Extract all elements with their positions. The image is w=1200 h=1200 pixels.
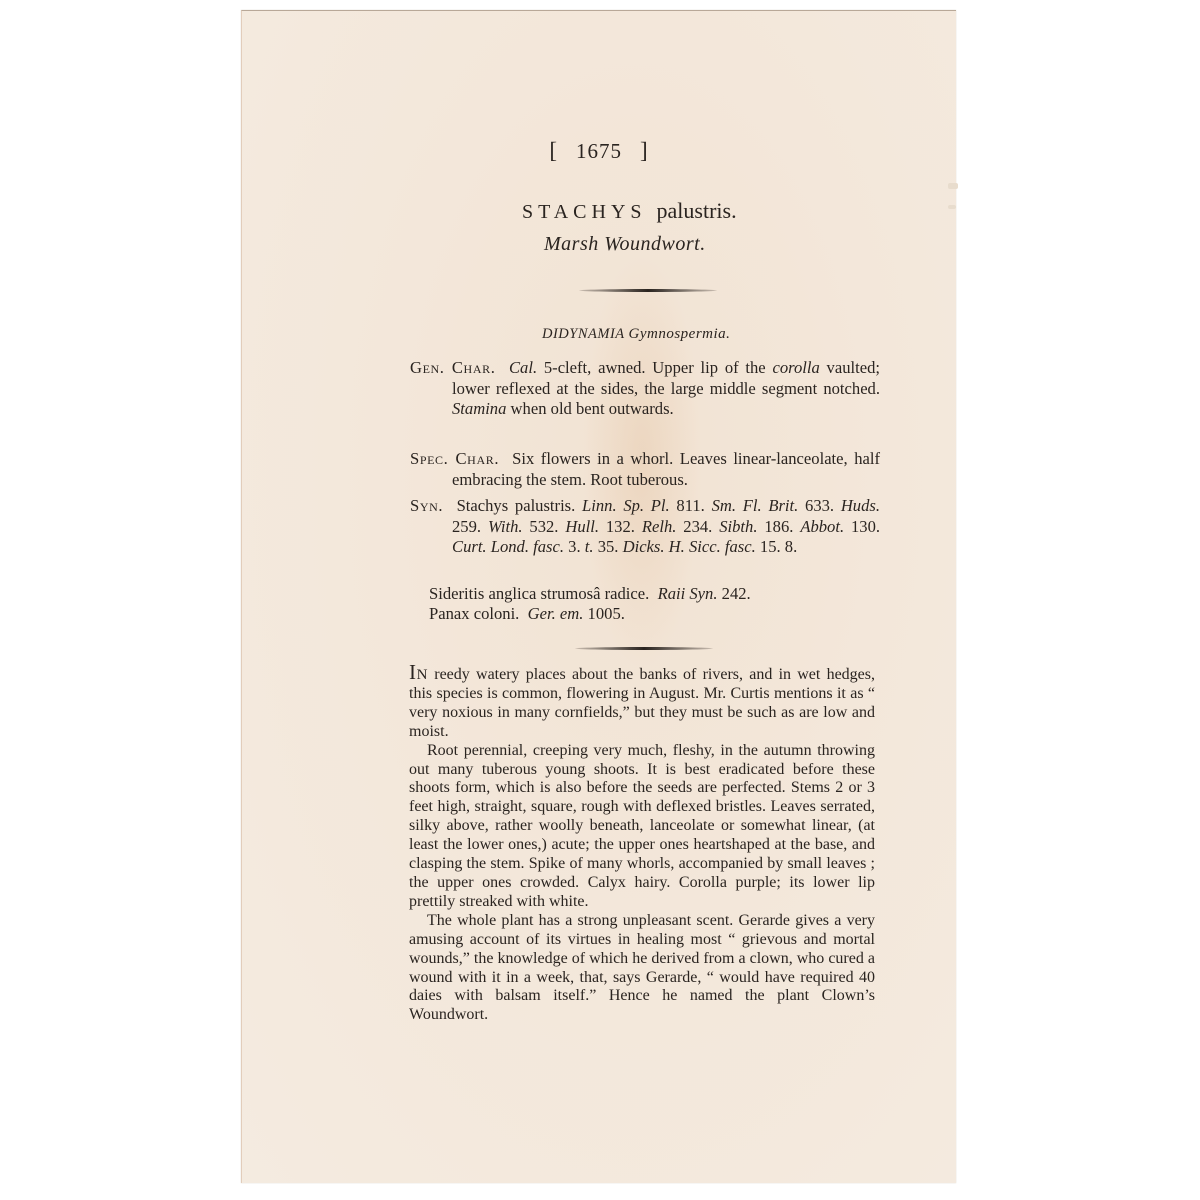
- citation-text: 3.: [564, 537, 585, 556]
- page-title: STACHYSpalustris.: [522, 198, 737, 224]
- sideritis-name: Sideritis anglica strumosâ radice.: [429, 584, 649, 603]
- citation-text: 15. 8.: [756, 537, 797, 556]
- gen-char-label: Gen. Char.: [410, 358, 495, 377]
- citation-text: Stachys palustris.: [457, 496, 582, 515]
- panax-name: Panax coloni.: [429, 604, 519, 623]
- drop-cap: In: [409, 660, 428, 684]
- paragraph-description: Root perennial, creeping very much, fles…: [409, 742, 875, 912]
- sideritis-ref: Raii Syn.: [658, 584, 718, 603]
- panax-ref: Ger. em.: [528, 604, 584, 623]
- ornamental-rule: [579, 289, 717, 292]
- citation-italic: With.: [488, 517, 523, 536]
- synonyms: Syn. Stachys palustris. Linn. Sp. Pl. 81…: [410, 496, 880, 558]
- citation-italic: Sibth.: [719, 517, 757, 536]
- panax-num: 1005.: [588, 604, 625, 623]
- genus-name: STACHYS: [522, 201, 647, 223]
- citation-italic: Dicks. H. Sicc. fasc.: [623, 537, 756, 556]
- citation-text: 532.: [523, 517, 566, 536]
- description-body: In reedy watery places about the banks o…: [409, 663, 875, 1025]
- generic-character: Gen. Char. Cal. 5-cleft, awned. Upper li…: [410, 358, 880, 420]
- bracket-close: ]: [640, 138, 649, 164]
- paragraph-text: reedy watery places about the banks of r…: [409, 666, 875, 740]
- specific-character: Spec. Char. Six flowers in a whorl. Leav…: [410, 449, 880, 490]
- species-name: palustris.: [657, 198, 737, 223]
- citation-italic: Cal.: [509, 358, 537, 377]
- citation-text: 186.: [757, 517, 800, 536]
- paragraph-habitat: In reedy watery places about the banks o…: [409, 663, 875, 742]
- gen-char-text: Cal. 5-cleft, awned. Upper lip of the co…: [452, 358, 880, 418]
- citation-italic: Sm. Fl. Brit.: [712, 496, 799, 515]
- citation-text: 132.: [599, 517, 642, 536]
- citation-text: 259.: [452, 517, 488, 536]
- citation-italic: Relh.: [642, 517, 677, 536]
- citation-italic: Linn. Sp. Pl.: [582, 496, 670, 515]
- citation-text: 234.: [676, 517, 719, 536]
- ornamental-rule: [575, 647, 713, 650]
- citation-text: 35.: [594, 537, 623, 556]
- citation-text: 633.: [798, 496, 841, 515]
- synonym-panax: Panax coloni. Ger. em. 1005.: [429, 604, 625, 625]
- citation-text: 811.: [670, 496, 712, 515]
- page-edge-tear: [948, 205, 956, 209]
- citation-text: 130.: [844, 517, 880, 536]
- book-page: [1675] STACHYSpalustris. Marsh Woundwort…: [241, 10, 956, 1183]
- citation-italic: corolla: [772, 358, 819, 377]
- page-number-value: 1675: [576, 139, 622, 163]
- page-edge-tear: [948, 183, 958, 189]
- citation-italic: t.: [585, 537, 594, 556]
- citation-text: 5-cleft, awned. Upper lip of the: [537, 358, 772, 377]
- citation-italic: Abbot.: [800, 517, 844, 536]
- paragraph-history: The whole plant has a strong unpleasant …: [409, 912, 875, 1025]
- syn-label: Syn.: [410, 496, 443, 515]
- citation-italic: Curt. Lond. fasc.: [452, 537, 564, 556]
- citation-text: when old bent outwards.: [506, 399, 673, 418]
- sideritis-num: 242.: [722, 584, 751, 603]
- bracket-open: [: [549, 138, 558, 164]
- linnaean-classification: DIDYNAMIA Gymnospermia.: [542, 326, 730, 343]
- spec-char-label: Spec. Char.: [410, 449, 499, 468]
- citation-italic: Huds.: [841, 496, 880, 515]
- page-number: [1675]: [242, 138, 956, 164]
- syn-text: Stachys palustris. Linn. Sp. Pl. 811. Sm…: [452, 496, 880, 556]
- citation-italic: Stamina: [452, 399, 506, 418]
- order-name: Gymnospermia.: [629, 326, 731, 342]
- spec-char-text: Six flowers in a whorl. Leaves linear-la…: [452, 449, 880, 489]
- synonym-sideritis: Sideritis anglica strumosâ radice. Raii …: [429, 584, 751, 605]
- common-name: Marsh Woundwort.: [544, 233, 706, 256]
- citation-italic: Hull.: [565, 517, 599, 536]
- class-name: DIDYNAMIA: [542, 326, 624, 342]
